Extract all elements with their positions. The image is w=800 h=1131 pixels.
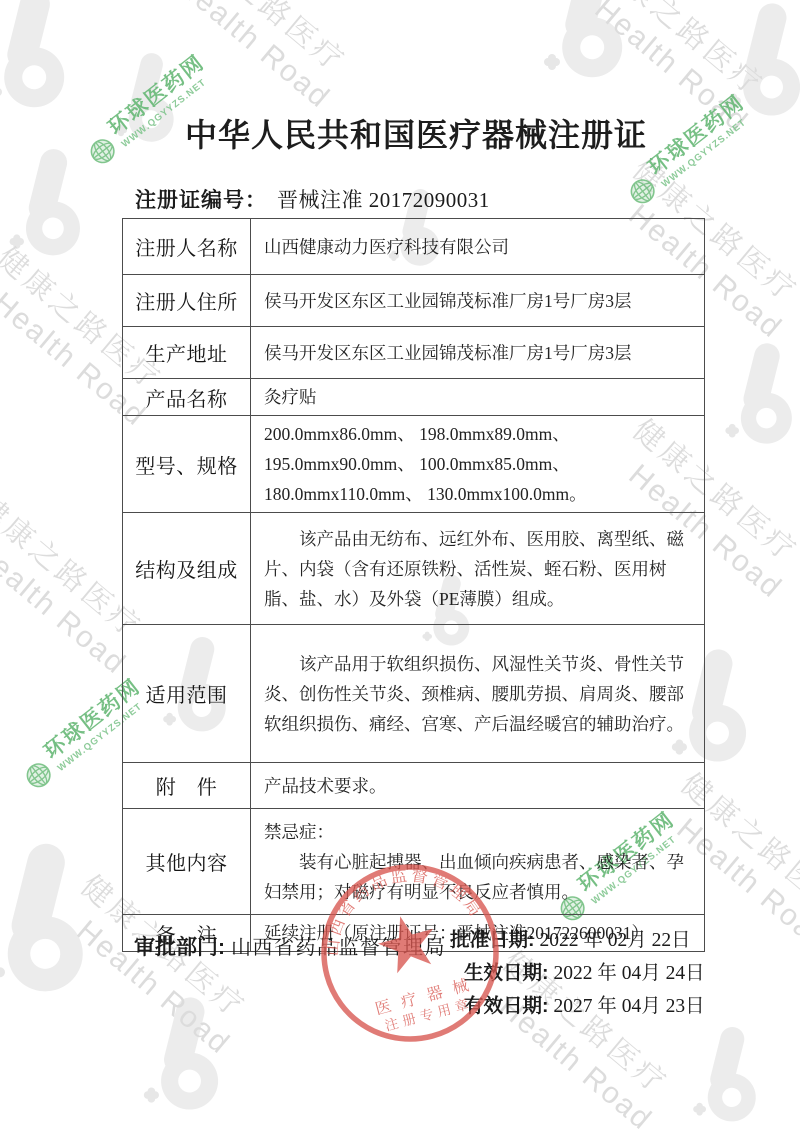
row-label: 其他内容 [123,809,251,915]
table-row: 产品名称 灸疗贴 [123,379,705,416]
row-value: 山西健康动力医疗科技有限公司 [251,219,705,275]
table-row: 适用范围 该产品用于软组织损伤、风湿性关节炎、骨性关节炎、创伤性关节炎、颈椎病、… [123,625,705,763]
row-label: 注册人住所 [123,275,251,327]
date-label: 生效日期: [464,962,549,984]
row-label: 产品名称 [123,379,251,416]
date-value: 2027 年 04月 23日 [554,996,705,1017]
row-label: 型号、规格 [123,416,251,513]
row-text: 侯马开发区东区工业园锦茂标准厂房1号厂房3层 [264,338,692,368]
row-text: 灸疗贴 [264,382,692,412]
row-value: 该产品用于软组织损伤、风湿性关节炎、骨性关节炎、创伤性关节炎、颈椎病、腰肌劳损、… [251,625,705,763]
row-value: 产品技术要求。 [251,763,705,809]
date-line: 生效日期:2022 年 04月 24日 [464,957,705,990]
row-text: 装有心脏起搏器、出血倾向疾病患者、感染者、孕妇禁用；对磁疗有明显不良反应者慎用。 [264,847,692,907]
row-label: 注册人名称 [123,219,251,275]
registration-number-line: 注册证编号：晋械注准 20172090031 [135,184,490,214]
date-label: 批准日期: [450,929,535,951]
approval-department-label: 审批部门: [134,936,225,959]
date-line: 有效日期:2027 年 04月 23日 [464,990,705,1023]
row-value: 灸疗贴 [251,379,705,416]
row-label: 生产地址 [123,327,251,379]
row-label: 附 件 [123,763,251,809]
date-value: 2022 年 02月 22日 [540,930,691,951]
row-text: 200.0mmx86.0mm、 198.0mmx89.0mm、 195.0mmx… [264,419,692,509]
table-row: 注册人名称 山西健康动力医疗科技有限公司 [123,219,705,275]
row-text: 山西健康动力医疗科技有限公司 [264,232,692,262]
date-value: 2022 年 04月 24日 [554,963,705,984]
row-value: 侯马开发区东区工业园锦茂标准厂房1号厂房3层 [251,275,705,327]
row-text: 侯马开发区东区工业园锦茂标准厂房1号厂房3层 [264,286,692,316]
table-row: 生产地址 侯马开发区东区工业园锦茂标准厂房1号厂房3层 [123,327,705,379]
row-text: 该产品由无纺布、远红外布、医用胶、离型纸、磁片、内袋（含有还原铁粉、活性炭、蛭石… [264,524,692,614]
dates-block: 批准日期:2022 年 02月 22日 生效日期:2022 年 04月 24日 … [450,924,705,1023]
certificate-content: 中华人民共和国医疗器械注册证 注册证编号：晋械注准 20172090031 注册… [0,0,800,1131]
certificate-scan: { "title": "中华人民共和国医疗器械注册证", "reg_no": {… [0,0,800,1131]
certificate-table: 注册人名称 山西健康动力医疗科技有限公司 注册人住所 侯马开发区东区工业园锦茂标… [122,218,705,952]
row-value: 200.0mmx86.0mm、 198.0mmx89.0mm、 195.0mmx… [251,416,705,513]
row-value: 禁忌症：装有心脏起搏器、出血倾向疾病患者、感染者、孕妇禁用；对磁疗有明显不良反应… [251,809,705,915]
row-value: 该产品由无纺布、远红外布、医用胶、离型纸、磁片、内袋（含有还原铁粉、活性炭、蛭石… [251,513,705,625]
table-row: 附 件 产品技术要求。 [123,763,705,809]
row-value: 侯马开发区东区工业园锦茂标准厂房1号厂房3层 [251,327,705,379]
table-row: 注册人住所 侯马开发区东区工业园锦茂标准厂房1号厂房3层 [123,275,705,327]
approval-department-line: 审批部门:山西省药品监督管理局 [134,931,446,961]
table-row: 结构及组成 该产品由无纺布、远红外布、医用胶、离型纸、磁片、内袋（含有还原铁粉、… [123,513,705,625]
row-text: 该产品用于软组织损伤、风湿性关节炎、骨性关节炎、创伤性关节炎、颈椎病、腰肌劳损、… [264,649,692,739]
row-label: 结构及组成 [123,513,251,625]
approval-department-value: 山西省药品监督管理局 [231,937,446,959]
registration-number-value: 晋械注准 20172090031 [277,188,490,212]
row-text: 产品技术要求。 [264,771,692,801]
registration-number-label: 注册证编号： [135,189,267,212]
row-text: 禁忌症： [264,817,692,847]
table-row: 型号、规格 200.0mmx86.0mm、 198.0mmx89.0mm、 19… [123,416,705,513]
date-line: 批准日期:2022 年 02月 22日 [450,924,705,957]
table-row: 其他内容 禁忌症：装有心脏起搏器、出血倾向疾病患者、感染者、孕妇禁用；对磁疗有明… [123,809,705,915]
row-label: 适用范围 [123,625,251,763]
certificate-title: 中华人民共和国医疗器械注册证 [130,110,702,156]
date-label: 有效日期: [464,995,549,1017]
